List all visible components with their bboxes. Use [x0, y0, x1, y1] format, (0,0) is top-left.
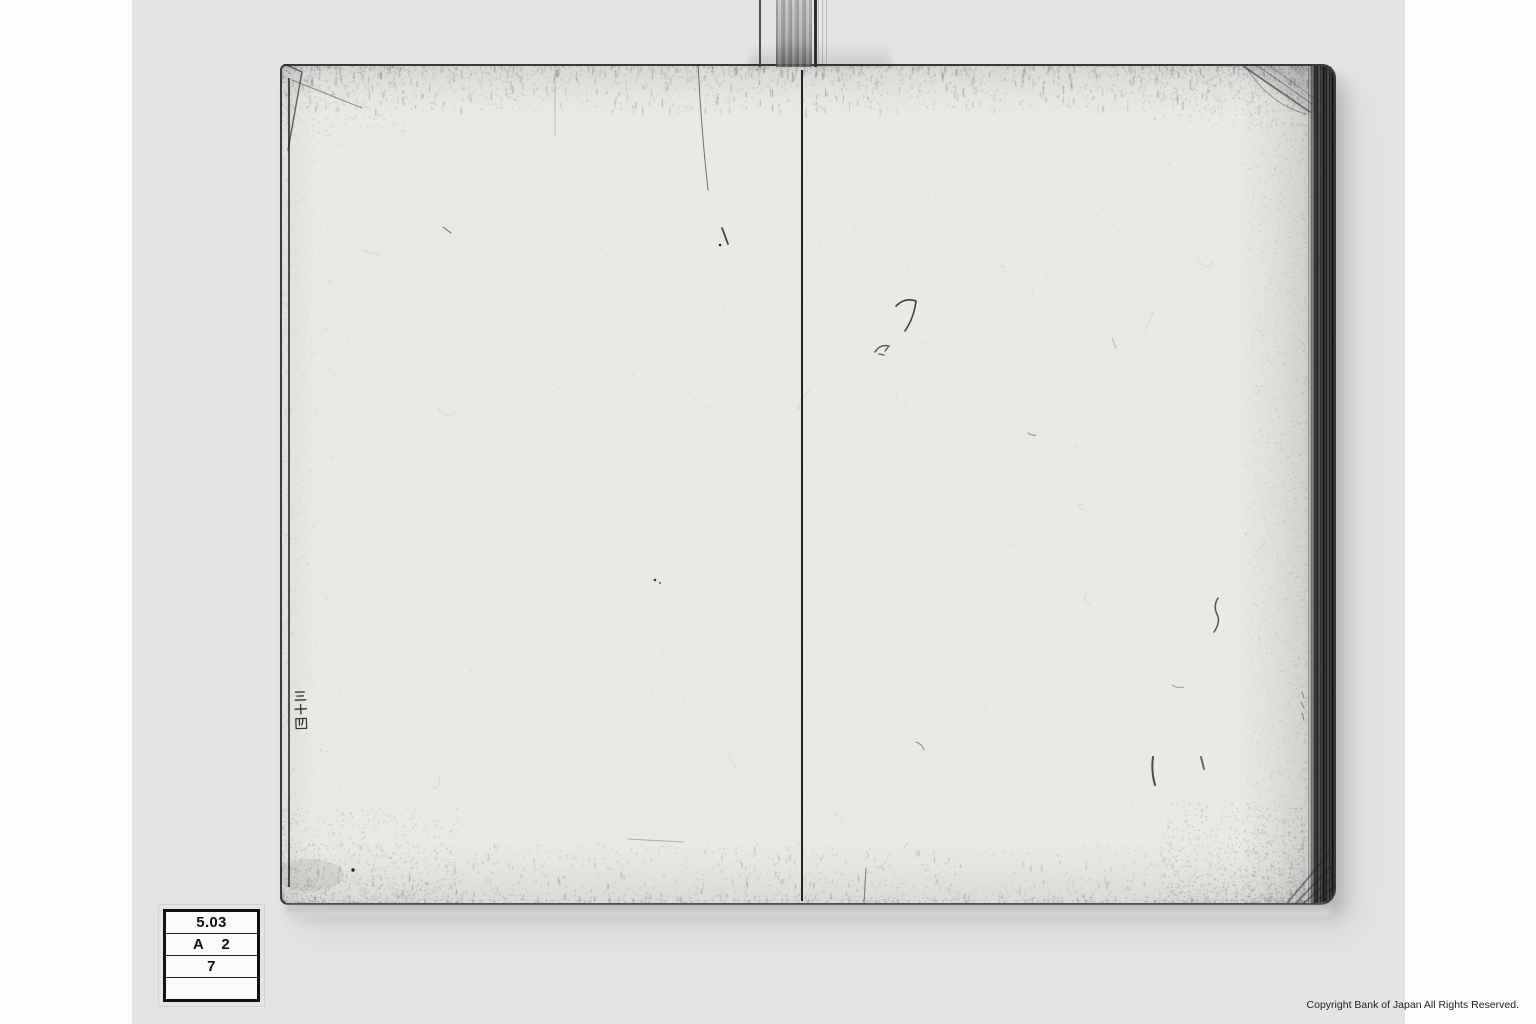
book-left-cover-edge [288, 78, 290, 887]
book-page-foredge [1308, 66, 1334, 903]
stamp-row-4 [166, 978, 257, 999]
open-ledger-book [280, 64, 1336, 905]
stamp-row-1: 5.03 [166, 912, 257, 934]
strap-edge-line [814, 0, 817, 67]
stamp-row-3: 7 [166, 956, 257, 978]
book-bottom-foredge [286, 905, 1332, 917]
strap-band [776, 0, 812, 67]
strap-edge-line [759, 0, 761, 67]
left-page-number [293, 690, 308, 730]
book-strap [757, 0, 831, 67]
classification-stamp-box: 5.03 A 2 7 [163, 909, 260, 1002]
scanned-document-page: 5.03 A 2 7 Copyright Bank of Japan All R… [0, 0, 1536, 1024]
book-center-fold [801, 70, 803, 901]
strap-streaks [818, 0, 830, 67]
scan-margin-right [1405, 0, 1536, 1024]
scan-margin-left [0, 0, 132, 1024]
stamp-row-2: A 2 [166, 934, 257, 956]
copyright-notice: Copyright Bank of Japan All Rights Reser… [1307, 999, 1519, 1011]
